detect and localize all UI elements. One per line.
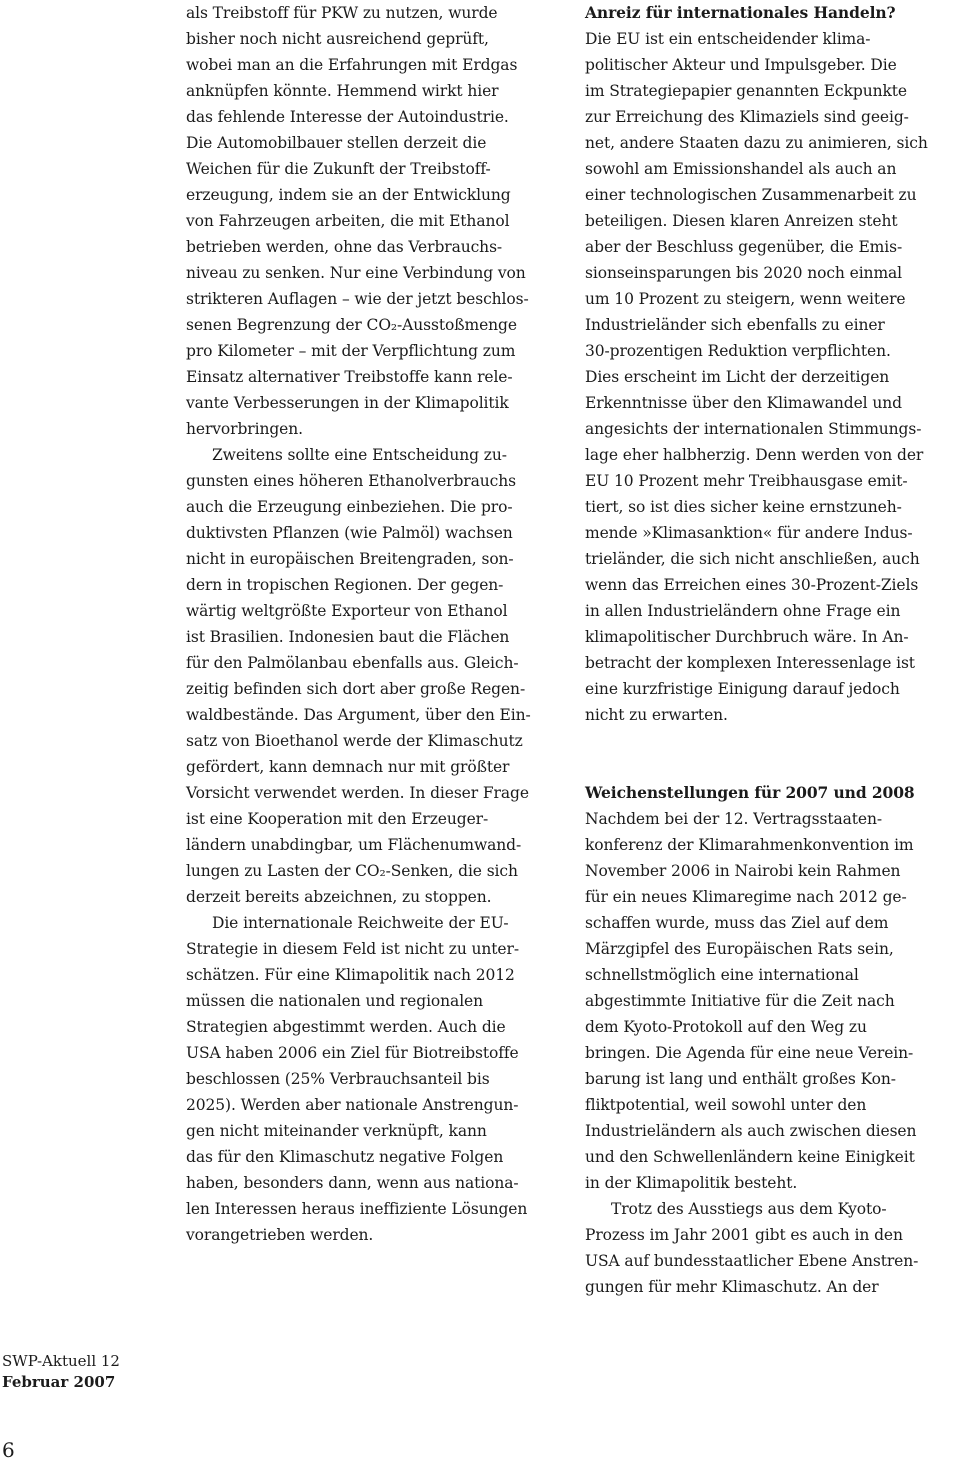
document-page: { "page": { "background_color": "#ffffff… xyxy=(0,0,960,1463)
footer-publication: SWP-Aktuell 12 xyxy=(2,1351,120,1372)
paragraph: Die EU ist ein entscheidender klima- pol… xyxy=(585,26,957,728)
section-heading: Weichenstellungen für 2007 und 2008 xyxy=(585,780,957,806)
paragraph: Zweitens sollte eine Entscheidung zu- gu… xyxy=(186,442,567,910)
paragraph: Die internationale Reichweite der EU- St… xyxy=(186,910,567,1248)
footer: SWP-Aktuell 12 Februar 2007 xyxy=(2,1351,120,1393)
section-heading: Anreiz für internationales Handeln? xyxy=(585,0,957,26)
paragraph: Trotz des Ausstiegs aus dem Kyoto- Proze… xyxy=(585,1196,957,1300)
paragraph: Nachdem bei der 12. Vertragsstaaten- kon… xyxy=(585,806,957,1196)
page-number: 6 xyxy=(2,1438,15,1462)
footer-date: Februar 2007 xyxy=(2,1372,120,1393)
right-column: Anreiz für internationales Handeln? Die … xyxy=(585,0,957,1300)
left-column: als Treibstoff für PKW zu nutzen, wurde … xyxy=(186,0,567,1248)
paragraph: als Treibstoff für PKW zu nutzen, wurde … xyxy=(186,0,567,442)
